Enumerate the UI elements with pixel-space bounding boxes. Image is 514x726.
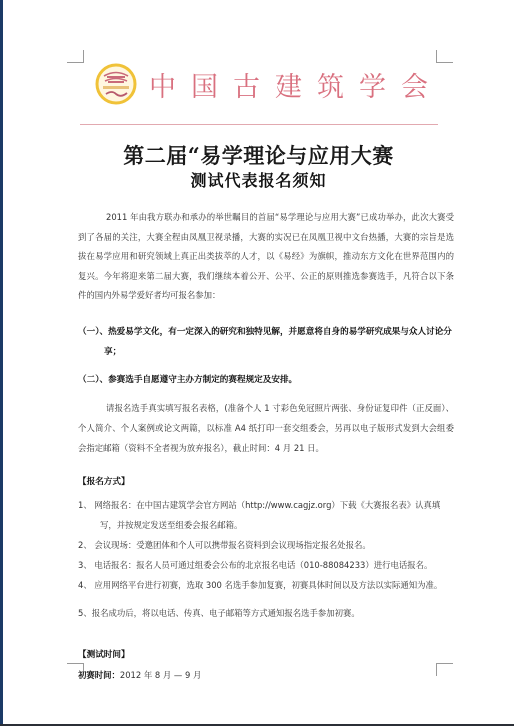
document-title: 第二届“易学理论与应用大赛 <box>3 140 514 170</box>
prelim-time-value: 2012 年 8 月 — 9 月 <box>120 670 201 680</box>
org-name: 中国古建筑学会 <box>149 65 443 104</box>
test-time-heading: 【测试时间】 <box>78 645 454 665</box>
document-body: 2011 年由我方联办和承办的举世瞩目的首届“易学理论与应用大赛”已成功举办，此… <box>78 208 454 685</box>
header-divider <box>80 124 438 125</box>
prelim-time: 初赛时间：2012 年 8 月 — 9 月 <box>78 665 454 685</box>
registration-method-3: 3、 电话报名：报名人员可通过组委会公布的北京报名电话（010-88084233… <box>78 555 454 575</box>
registration-heading: 【报名方式】 <box>78 472 454 492</box>
registration-method-4: 4、 应用网络平台进行初赛，选取 300 名选手参加复赛，初赛具体时间以及方法以… <box>78 575 454 595</box>
document-subtitle: 测试代表报名须知 <box>3 168 514 191</box>
letterhead: 中国古建筑学会 <box>95 62 425 106</box>
requirement-2: （二）、参赛选手自愿遵守主办方制定的赛程规定及安排。 <box>78 370 454 390</box>
registration-method-1: 1、 网络报名：在中国古建筑学会官方网站（http://www.cagjz.or… <box>78 495 454 535</box>
crop-mark-top-right <box>436 50 453 63</box>
temple-emblem-icon <box>95 63 137 105</box>
crop-mark-top-left <box>67 50 84 63</box>
document-page: 中国古建筑学会 第二届“易学理论与应用大赛 测试代表报名须知 2011 年由我方… <box>3 0 514 724</box>
prelim-time-label: 初赛时间： <box>78 670 120 680</box>
requirement-1: （一）、热爱易学文化，有一定深入的研究和独特见解，并愿意将自身的易学研究成果与众… <box>78 322 454 362</box>
registration-method-5: 5、报名成功后，将以电话、传真、电子邮箱等方式通知报名选手参加初赛。 <box>78 603 454 623</box>
intro-paragraph: 2011 年由我方联办和承办的举世瞩目的首届“易学理论与应用大赛”已成功举办，此… <box>78 208 454 306</box>
registration-method-2: 2、 会议现场：受邀团体和个人可以携带报名资料到会议现场指定报名处报名。 <box>78 535 454 555</box>
fill-instructions: 请报名选手真实填写报名表格，(准备个人 1 寸彩色免冠照片两张、身份证复印件（正… <box>78 398 454 458</box>
document-viewer: 中国古建筑学会 第二届“易学理论与应用大赛 测试代表报名须知 2011 年由我方… <box>0 0 514 726</box>
